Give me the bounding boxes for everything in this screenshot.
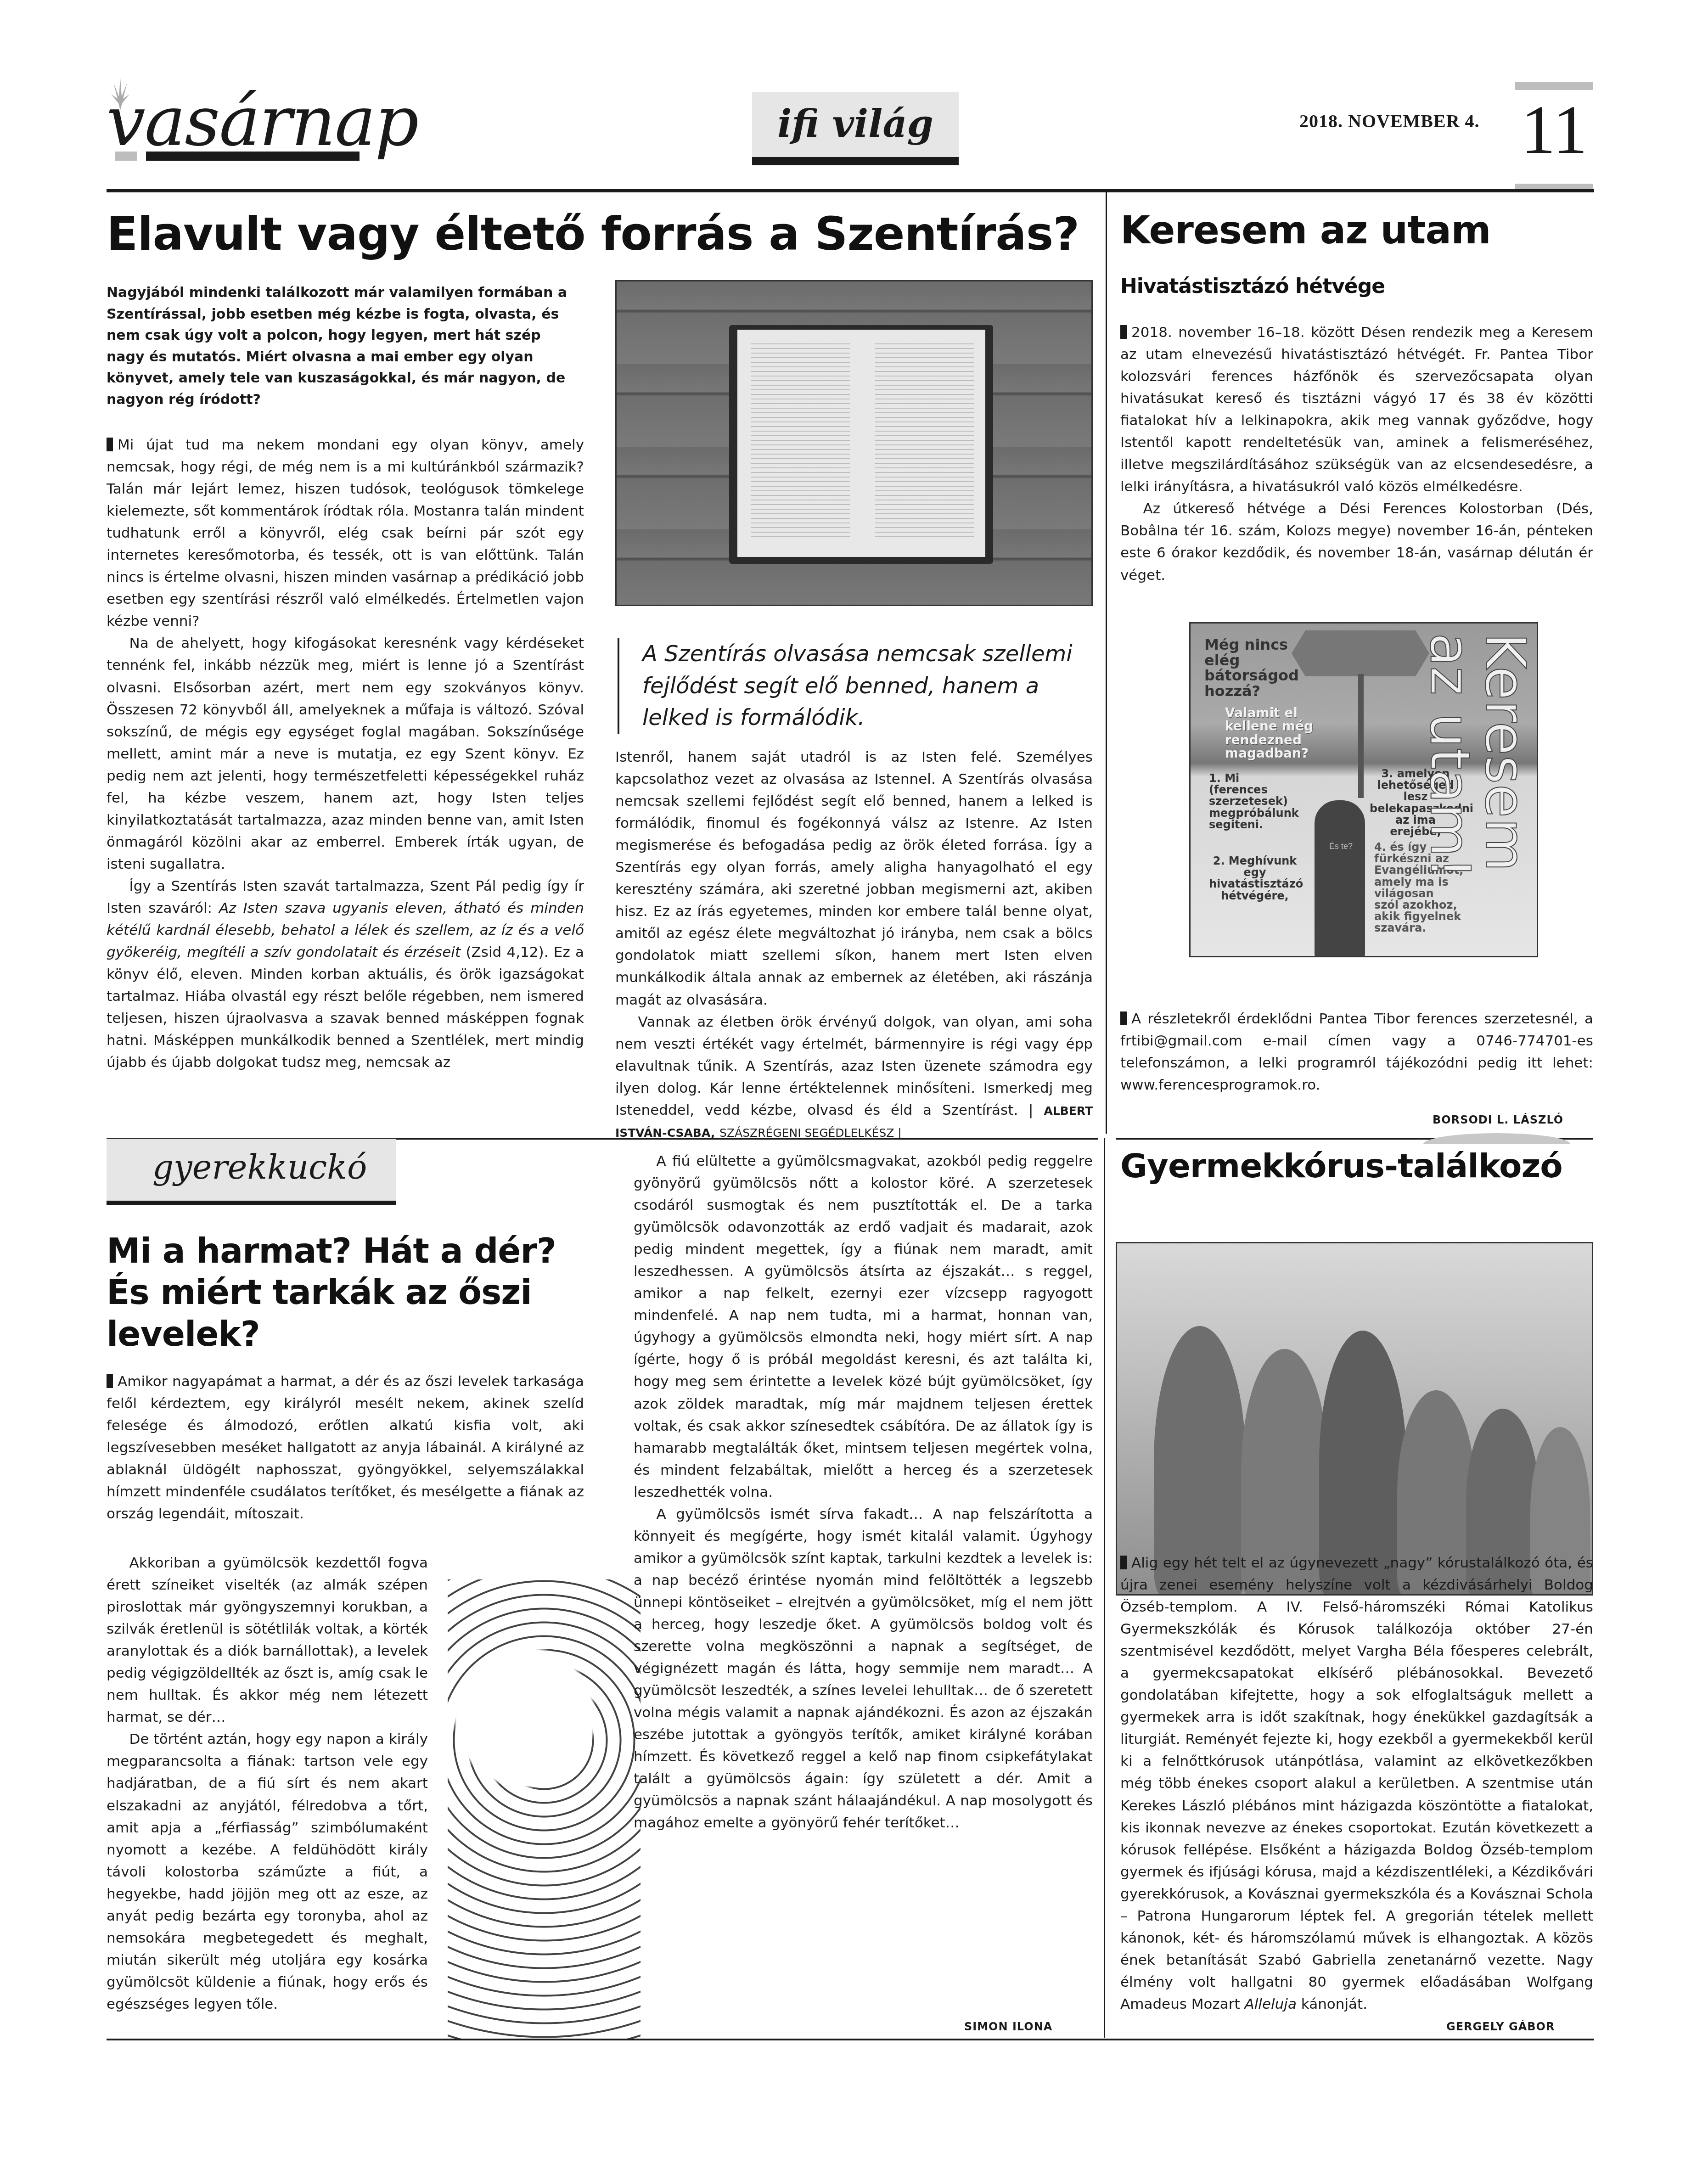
article4-author: GERGELY GÁBOR (1446, 2020, 1555, 2033)
pull-quote: A Szentírás olvasása nemcsak szellemi fe… (618, 638, 1090, 734)
keresem-poster: Még nincs elég bátorságod hozzá? Valamit… (1189, 622, 1538, 957)
walking-person-silhouette: És te? (1315, 800, 1365, 957)
page-number-rule-top (1515, 82, 1593, 90)
logo-bar-dark (146, 152, 360, 161)
decorative-pill (1423, 1133, 1570, 1144)
article2-contact: A részletekről érdeklődni Pantea Tibor f… (1120, 1008, 1593, 1096)
page-number-box: 11 (1515, 82, 1593, 192)
paragraph-marker-icon (1120, 1011, 1127, 1025)
article3-body-col1-top: Amikor nagyapámat a harmat, a dér és az … (107, 1371, 584, 1525)
gyerekkucko-section-tab: gyerekkuckó (107, 1139, 396, 1205)
poster-vertical-title: Keresem az utam! (1454, 633, 1532, 950)
article1-title: Elavult vagy éltető forrás a Szentírás? (107, 209, 1094, 259)
article2-body: 2018. november 16–18. között Désen rende… (1120, 321, 1593, 586)
article4-title: Gyermekkórus-találkozó (1120, 1148, 1593, 1184)
footer-rule (107, 2039, 1594, 2040)
autumn-tree-illustration (448, 1579, 640, 2039)
signpost-pole (1358, 674, 1364, 798)
paragraph-marker-icon (107, 438, 113, 451)
issue-date: 2018. NOVEMBER 4. (1299, 110, 1480, 132)
section-tab: ifi világ (752, 92, 959, 165)
article2-title: Keresem az utam (1120, 209, 1593, 251)
paragraph-marker-icon (107, 1374, 113, 1388)
article4-body: Alig egy hét telt el az úgynevezett „nag… (1120, 1552, 1593, 2015)
section-label: gyerekkuckó (152, 1148, 367, 1186)
header-rule (107, 189, 1594, 192)
article1-body-col1: Mi újat tud ma nekem mondani egy olyan k… (107, 434, 584, 1073)
article3-author: SIMON ILONA (964, 2020, 1052, 2033)
article1-author-role: SZÁSZRÉGENI SEGÉDLELKÉSZ | (719, 1126, 902, 1140)
article3-title: Mi a harmat? Hát a dér? És miért tarkák … (107, 1231, 566, 1355)
article2-author: BORSODI L. LÁSZLÓ (1433, 1113, 1563, 1126)
article1-lead: Nagyjából mindenki találkozott már valam… (107, 282, 579, 410)
article3-body-col2: A fiú elültette a gyümölcsmagvakat, azok… (634, 1150, 1093, 1834)
article3-body-col1: Akkoriban a gyümölcsök kezdettől fogva é… (107, 1552, 428, 2015)
article2-subtitle: Hivatástisztázó hétvége (1120, 275, 1593, 298)
column-divider-top (1106, 192, 1107, 1134)
page-number: 11 (1515, 96, 1593, 164)
section-tab-bar (752, 157, 959, 165)
logo-bar-grey (115, 152, 137, 161)
article1-body-col2: Istenről, hanem saját utadról is az Iste… (615, 746, 1093, 1143)
section-tab-bar (107, 1201, 396, 1205)
paragraph-marker-icon (1120, 1556, 1127, 1569)
open-bible-image (729, 325, 993, 564)
column-divider-bottom (1104, 1138, 1105, 2038)
newspaper-logo: vasárnap (107, 78, 382, 161)
signpost-arrow-icon (1292, 630, 1429, 676)
section-label: ifi világ (752, 102, 959, 146)
bible-photo (615, 280, 1093, 606)
choir-photo (1116, 1242, 1593, 1596)
paragraph-marker-icon (1120, 325, 1127, 339)
